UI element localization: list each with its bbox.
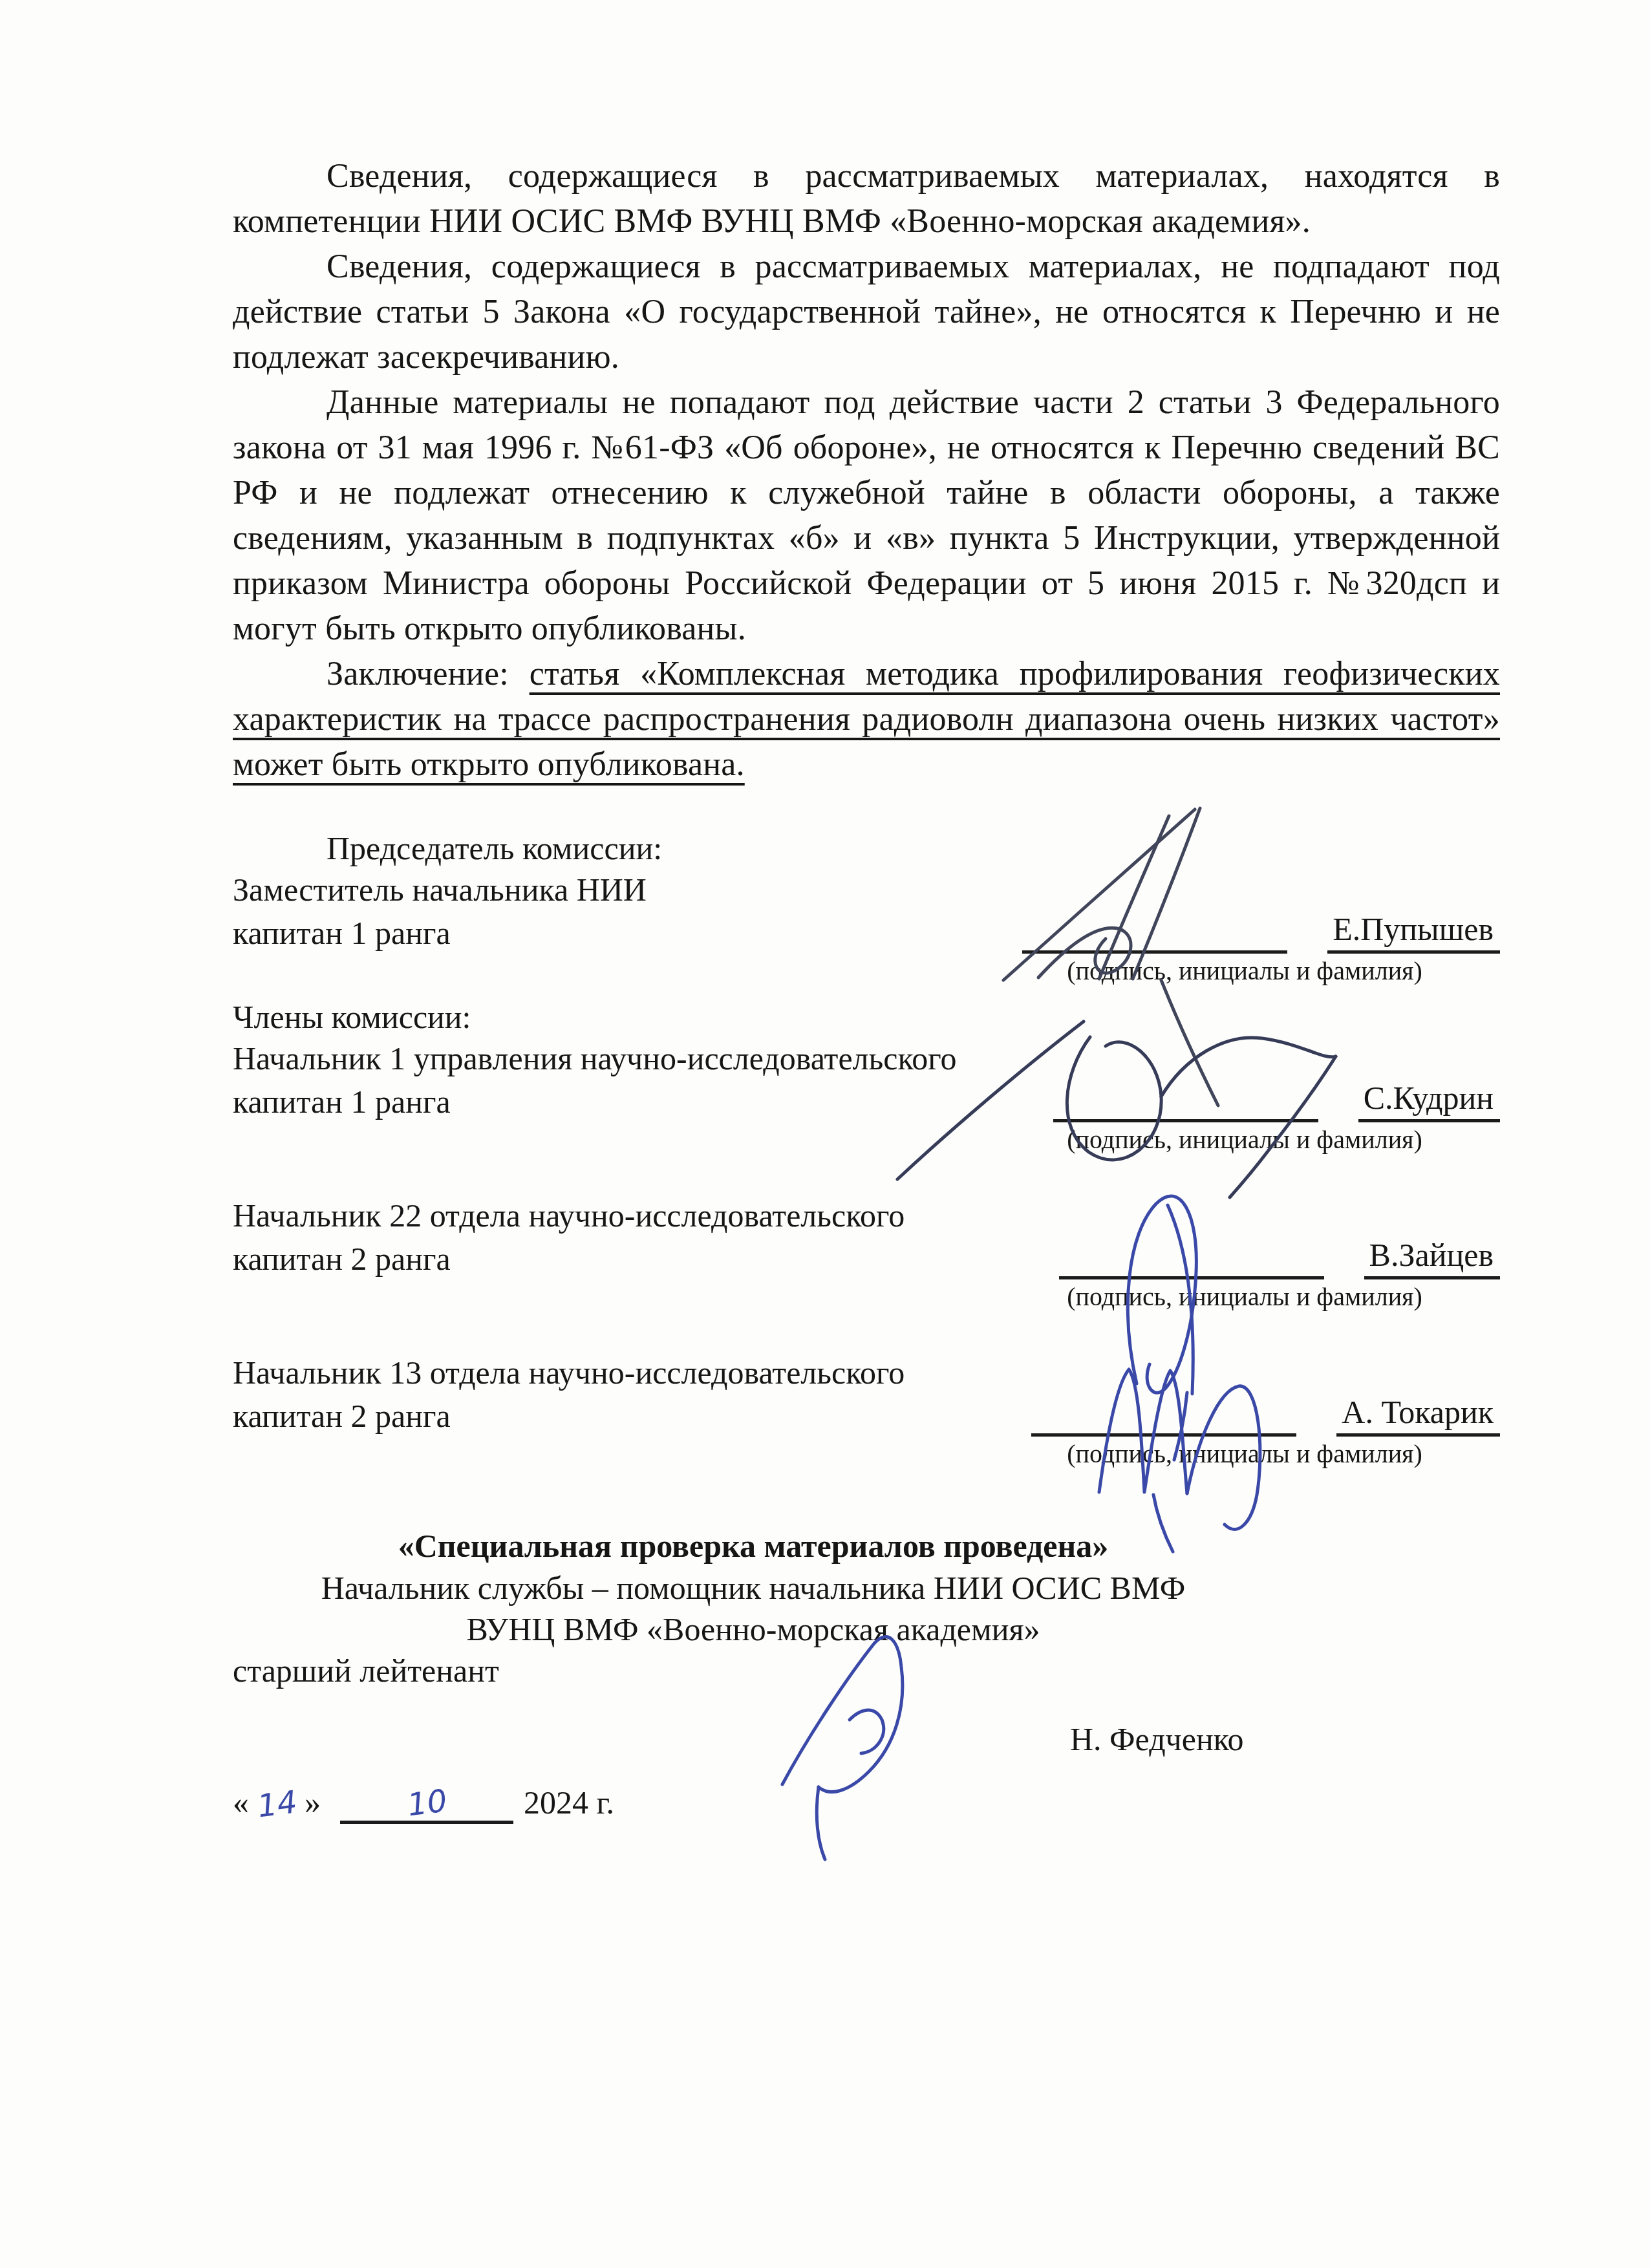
member-block-3: Начальник 13 отдела научно-исследователь… [233,1352,1500,1471]
signature-caption: (подпись, инициалы и фамилия) [989,1437,1500,1471]
member-block-2: Начальник 22 отдела научно-исследователь… [233,1195,1500,1314]
signature-caption: (подпись, инициалы и фамилия) [989,1122,1500,1157]
member-signature-line [1053,1086,1318,1122]
chairman-rank: капитан 1 ранга [233,912,451,954]
chairman-rank-row: капитан 1 ранга Е.Пупышев [233,910,1500,954]
date-month-line: 10 [340,1781,513,1824]
special-check-section: «Специальная проверка материалов проведе… [233,1524,1500,1824]
member-rank: капитан 2 ранга [233,1238,451,1279]
chairman-name: Е.Пупышев [1327,910,1500,954]
member-position: Начальник 1 управления научно-исследоват… [233,1038,1500,1079]
member-rank: капитан 1 ранга [233,1081,451,1122]
conclusion-paragraph: Заключение: статья «Комплексная методика… [233,652,1500,787]
chairman-position: Заместитель начальника НИИ [233,869,1500,910]
special-check-org: ВУНЦ ВМФ «Военно-морская академия» [233,1609,1274,1650]
member-rank: капитан 2 ранга [233,1395,451,1437]
member-rank-row: капитан 2 ранга В.Зайцев [233,1236,1500,1279]
special-check-rank: старший лейтенант [233,1650,1500,1691]
member-name: А. Токарик [1336,1393,1500,1437]
paragraph-state-secret: Сведения, содержащиеся в рассматриваемых… [233,244,1500,380]
signatures-section: Председатель комиссии: Заместитель начал… [233,828,1500,1471]
members-heading: Члены комиссии: [233,996,1500,1038]
member-rank-row: капитан 2 ранга А. Токарик [233,1393,1500,1437]
caption-row: (подпись, инициалы и фамилия) [233,1279,1500,1314]
chairman-signature-line [1022,917,1287,954]
date-close-quote: » [305,1784,321,1821]
member-position: Начальник 22 отдела научно-исследователь… [233,1195,1500,1236]
special-check-title: «Специальная проверка материалов проведе… [233,1524,1274,1567]
handwritten-day: 14 [255,1782,299,1828]
scanned-document-page: Сведения, содержащиеся в рассматриваемых… [0,0,1650,2268]
member-position: Начальник 13 отдела научно-исследователь… [233,1352,1500,1393]
special-check-position: Начальник службы – помощник начальника Н… [233,1567,1274,1609]
conclusion-lead: Заключение: [327,656,509,692]
caption-row: (подпись, инициалы и фамилия) [233,1122,1500,1157]
member-rank-row: капитан 1 ранга С.Кудрин [233,1079,1500,1122]
member-block-1: Члены комиссии: Начальник 1 управления н… [233,996,1500,1157]
member-signature-line [1059,1243,1324,1279]
chairman-heading: Председатель комиссии: [233,828,1500,869]
signature-caption: (подпись, инициалы и фамилия) [989,1279,1500,1314]
member-signature-line [1031,1400,1296,1437]
date-row: « 14 »102024 г. [233,1781,1500,1824]
chairman-block: Председатель комиссии: Заместитель начал… [233,828,1500,989]
member-name: В.Зайцев [1364,1236,1500,1279]
date-open-quote: « [233,1784,249,1821]
signature-caption: (подпись, инициалы и фамилия) [989,954,1500,989]
paragraph-jurisdiction: Сведения, содержащиеся в рассматриваемых… [233,154,1500,244]
date-year: 2024 г. [524,1784,614,1821]
caption-row: (подпись, инициалы и фамилия) [233,1437,1500,1471]
handwritten-month: 10 [405,1781,449,1826]
document-content: Сведения, содержащиеся в рассматриваемых… [233,154,1500,1824]
paragraph-defense-law: Данные материалы не попадают под действи… [233,380,1500,652]
member-name: С.Кудрин [1358,1079,1500,1122]
special-check-name: Н. Федченко [233,1718,1500,1760]
special-check-centered: «Специальная проверка материалов проведе… [233,1524,1274,1650]
caption-row: (подпись, инициалы и фамилия) [233,954,1500,989]
